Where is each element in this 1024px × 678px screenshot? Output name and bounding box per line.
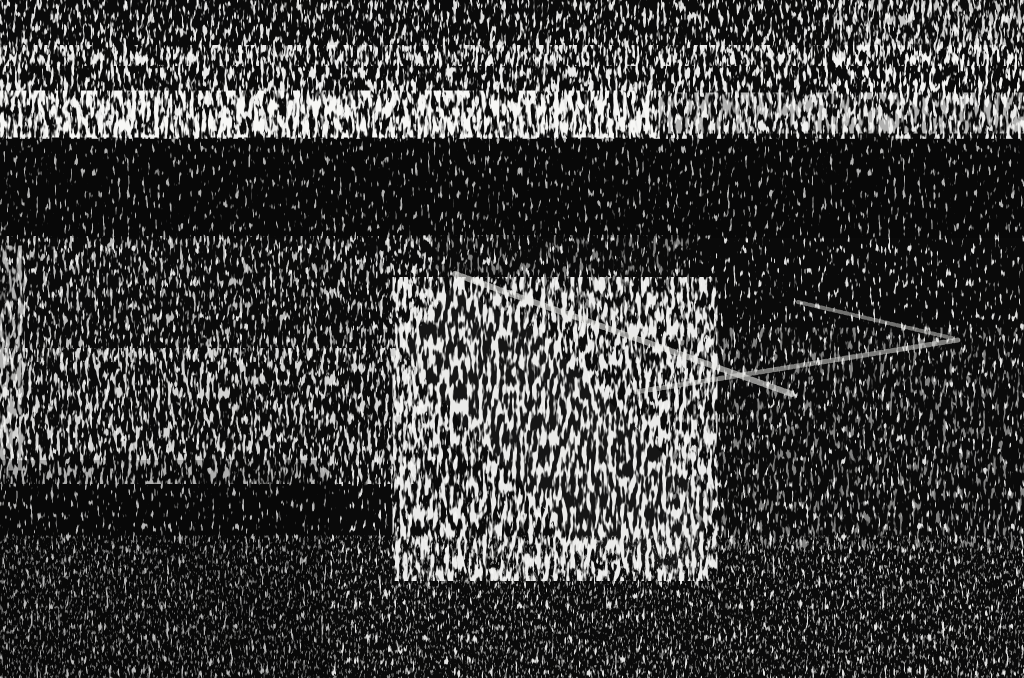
bottom-left-damp	[0, 460, 330, 678]
print-canvas	[0, 0, 1024, 678]
left-edge-streak	[0, 252, 24, 464]
right-mid-field	[676, 334, 1024, 544]
upper-bright-core-left	[0, 92, 640, 136]
photo-stage	[0, 0, 1024, 678]
mid-left-field	[0, 240, 420, 358]
upper-bright-core-right	[640, 94, 1024, 132]
woodcut-print-image	[0, 0, 1024, 678]
mid-dark-band-damp	[0, 138, 1024, 238]
